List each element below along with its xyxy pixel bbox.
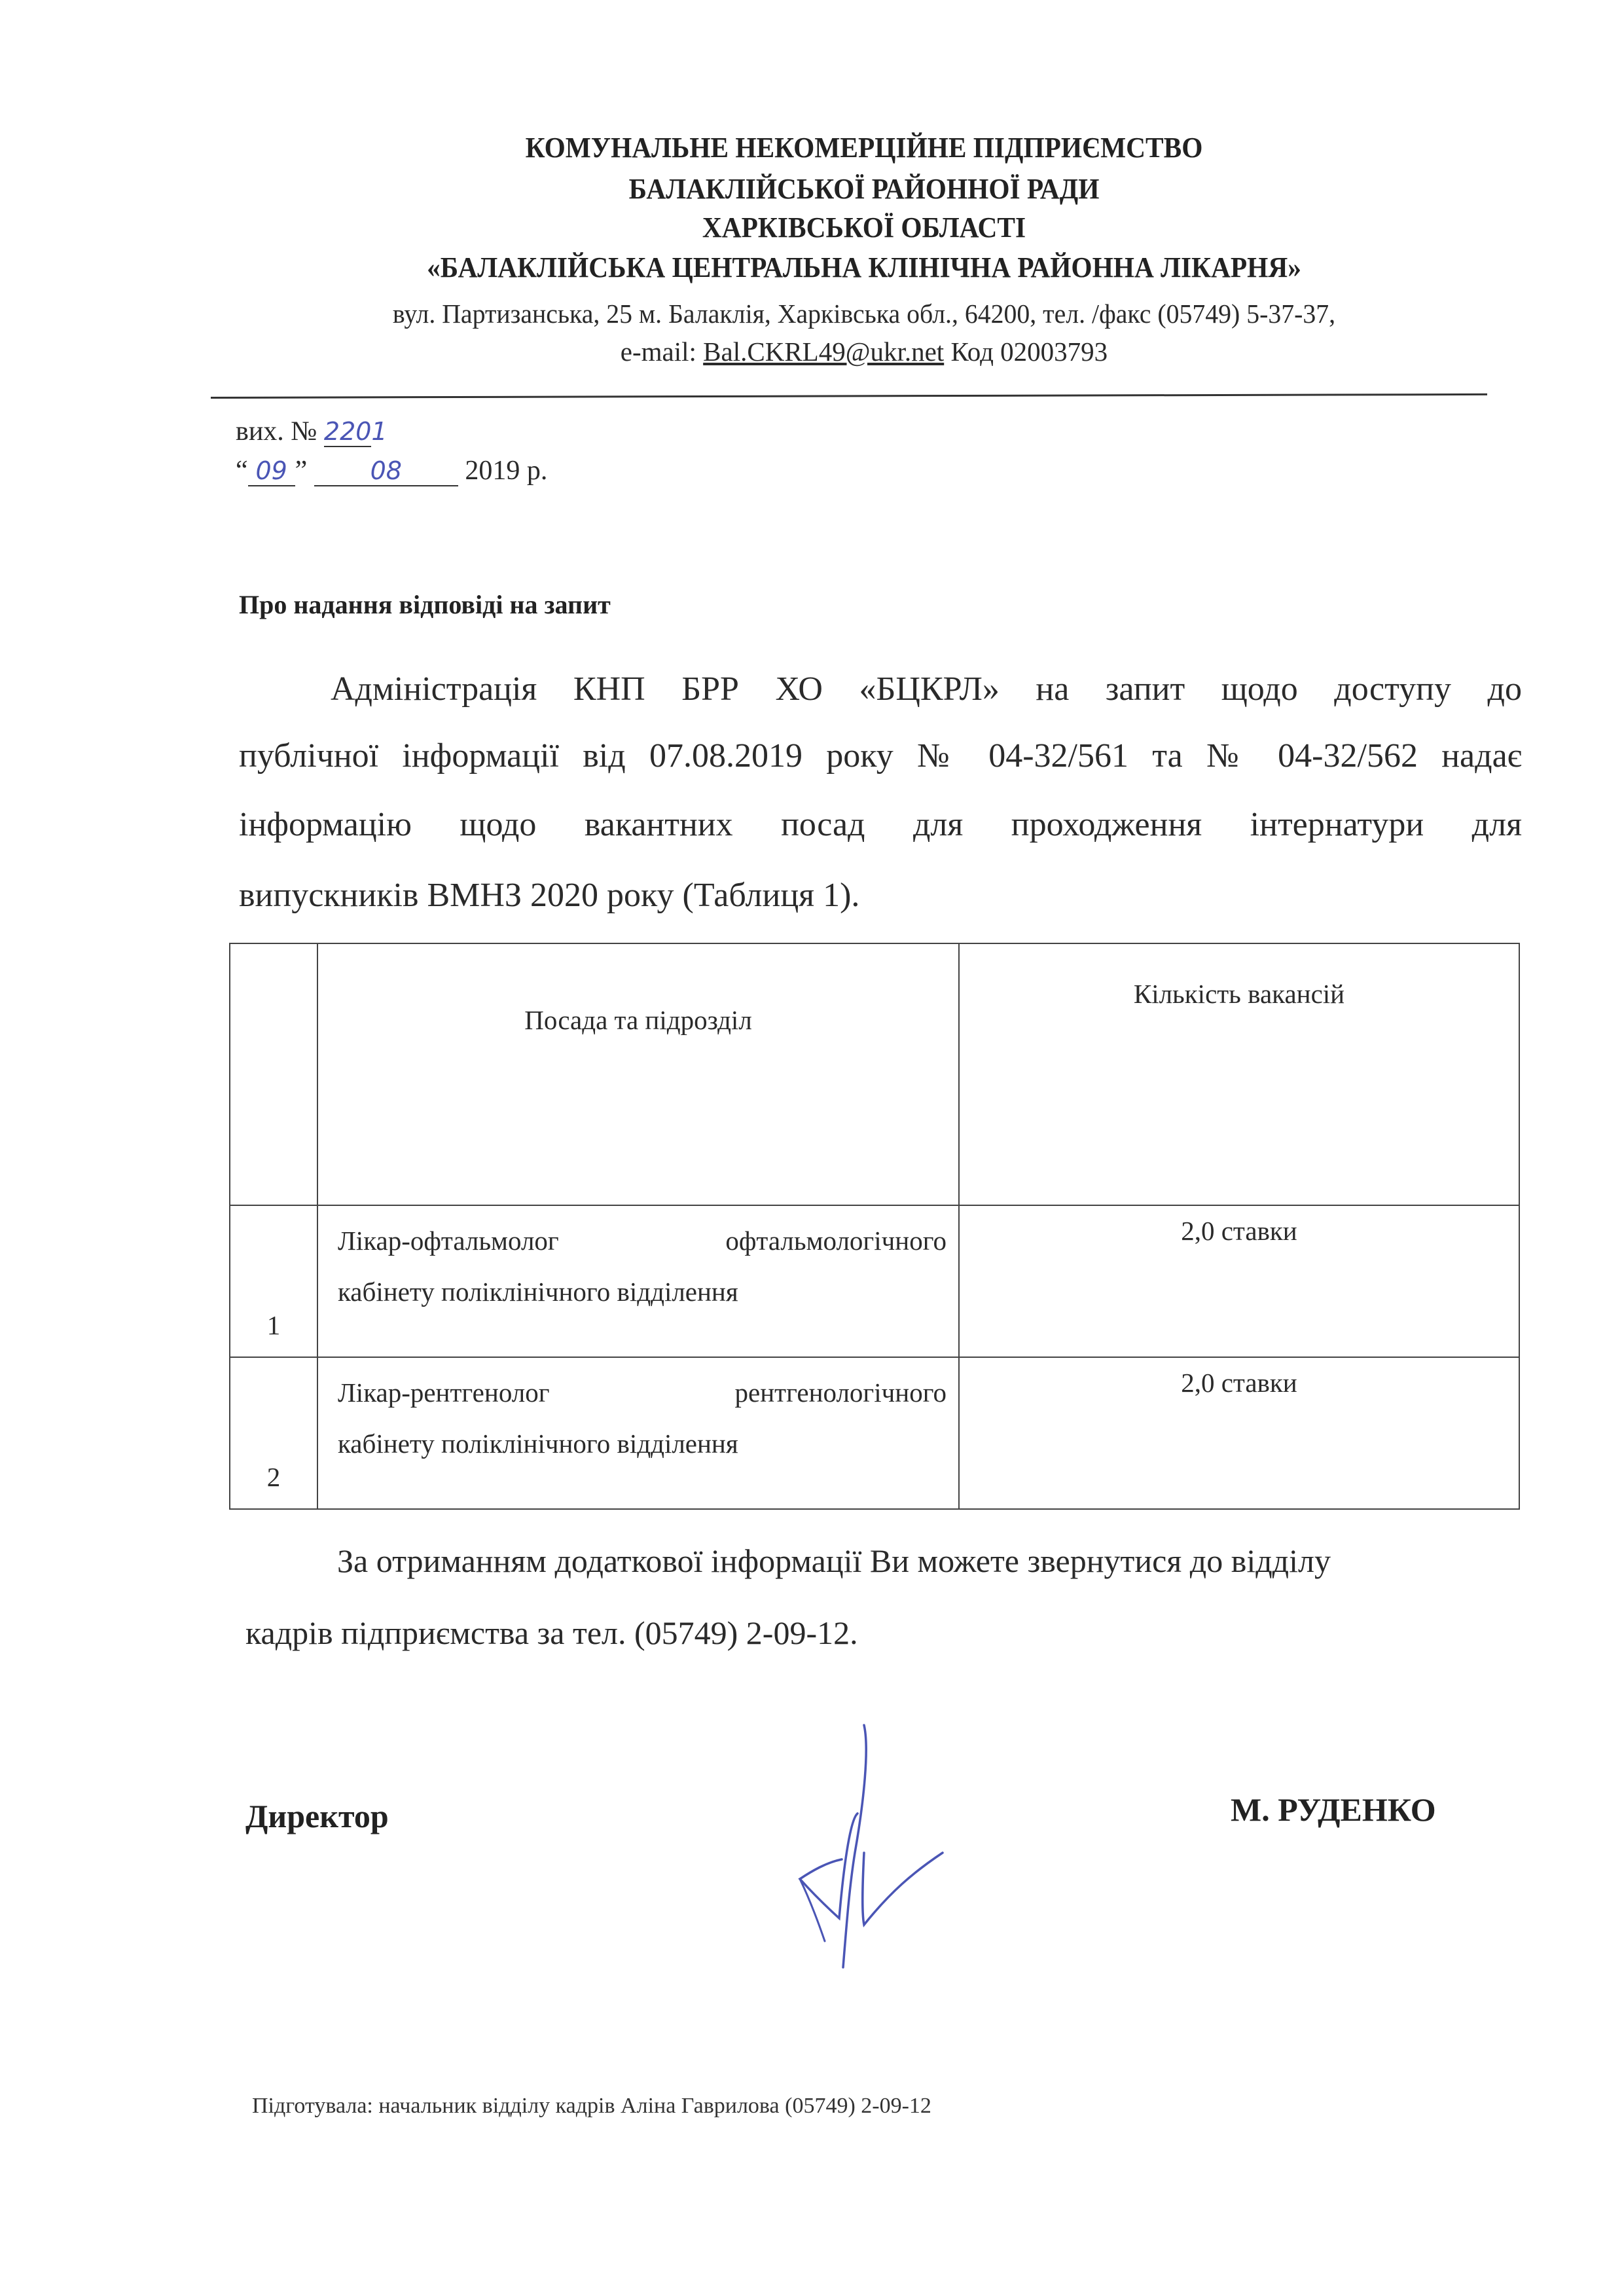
row-count: 2,0 ставки (960, 1206, 1519, 1247)
subject-line: Про надання відповіді на запит (239, 589, 611, 620)
row-count-cell: 2,0 ставки (959, 1205, 1519, 1357)
body-line-1: Адміністрація КНП БРР ХО «БЦКРЛ» на запи… (331, 670, 1522, 708)
header-cell-position: Посада та підрозділ (317, 943, 959, 1205)
header-cell-count: Кількість вакансій (959, 943, 1519, 1205)
header-count-label: Кількість вакансій (960, 944, 1519, 1010)
closing-line-1: За отриманням додаткової інформації Ви м… (337, 1542, 1522, 1580)
date-month: 08 (314, 456, 458, 486)
org-name-line-4: «БАЛАКЛІЙСЬКА ЦЕНТРАЛЬНА КЛІНІЧНА РАЙОНН… (52, 251, 1624, 284)
date-line: “09” 08 2019 р. (236, 455, 547, 486)
org-code: Код 02003793 (950, 337, 1108, 367)
address-line: вул. Партизанська, 25 м. Балаклія, Харкі… (26, 298, 1624, 329)
row-position-cell: Лікар-рентгенолог рентгенологічного кабі… (317, 1357, 959, 1509)
org-name-line-3: ХАРКІВСЬКОЇ ОБЛАСТІ (52, 211, 1624, 244)
outgoing-number: 2201 (324, 417, 371, 447)
signatory-name: М. РУДЕНКО (1231, 1791, 1436, 1829)
contact-line: e-mail: Bal.CKRL49@ukr.net Код 02003793 (0, 336, 1624, 367)
vacancies-table: Посада та підрозділ Кількість вакансій 1… (229, 943, 1520, 1510)
row-number: 2 (230, 1461, 317, 1508)
row-position-line-1: Лікар-рентгенолог рентгенологічного (338, 1367, 947, 1418)
table-header-row: Посада та підрозділ Кількість вакансій (230, 943, 1519, 1205)
row-count: 2,0 ставки (960, 1358, 1519, 1398)
signatory-title: Директор (245, 1797, 389, 1835)
row-position-cell: Лікар-офтальмолог офтальмологічного кабі… (317, 1205, 959, 1357)
quote-open: “ (236, 456, 248, 486)
body-line-2: публічної інформації від 07.08.2019 року… (239, 737, 1522, 775)
org-name-line-1: КОМУНАЛЬНЕ НЕКОМЕРЦІЙНЕ ПІДПРИЄМСТВО (52, 131, 1624, 164)
row-position-line-2: кабінету поліклінічного відділення (338, 1277, 738, 1307)
email-link[interactable]: Bal.CKRL49@ukr.net (703, 337, 944, 367)
row-position-line-1: Лікар-офтальмолог офтальмологічного (338, 1215, 947, 1266)
row-position-line-2: кабінету поліклінічного відділення (338, 1429, 738, 1459)
row-number-cell: 2 (230, 1357, 317, 1509)
date-year: 2019 р. (465, 456, 547, 486)
body-line-4: випускників ВМНЗ 2020 року (Таблиця 1). (239, 876, 1522, 915)
letterhead-divider (211, 393, 1487, 399)
outgoing-label: вих. № (236, 416, 317, 446)
handwritten-signature-icon (766, 1722, 962, 1971)
closing-line-2: кадрів підприємства за тел. (05749) 2-09… (245, 1614, 858, 1652)
row-number: 1 (230, 1309, 317, 1357)
table-row: 2 Лікар-рентгенолог рентгенологічного ка… (230, 1357, 1519, 1509)
header-cell-number (230, 943, 317, 1205)
body-line-3: інформацію щодо вакантних посад для прох… (239, 805, 1522, 844)
prepared-by-note: Підготувала: начальник відділу кадрів Ал… (252, 2094, 931, 2119)
row-count-cell: 2,0 ставки (959, 1357, 1519, 1509)
row-number-cell: 1 (230, 1205, 317, 1357)
quote-close: ” (295, 456, 308, 486)
org-name-line-2: БАЛАКЛІЙСЬКОЇ РАЙОННОЇ РАДИ (52, 172, 1624, 206)
header-position-label: Посада та підрозділ (318, 944, 958, 1036)
date-day: 09 (248, 456, 295, 486)
table-row: 1 Лікар-офтальмолог офтальмологічного ка… (230, 1205, 1519, 1357)
outgoing-number-line: вих. № 2201 (236, 416, 371, 447)
email-label: e-mail: (621, 337, 696, 367)
